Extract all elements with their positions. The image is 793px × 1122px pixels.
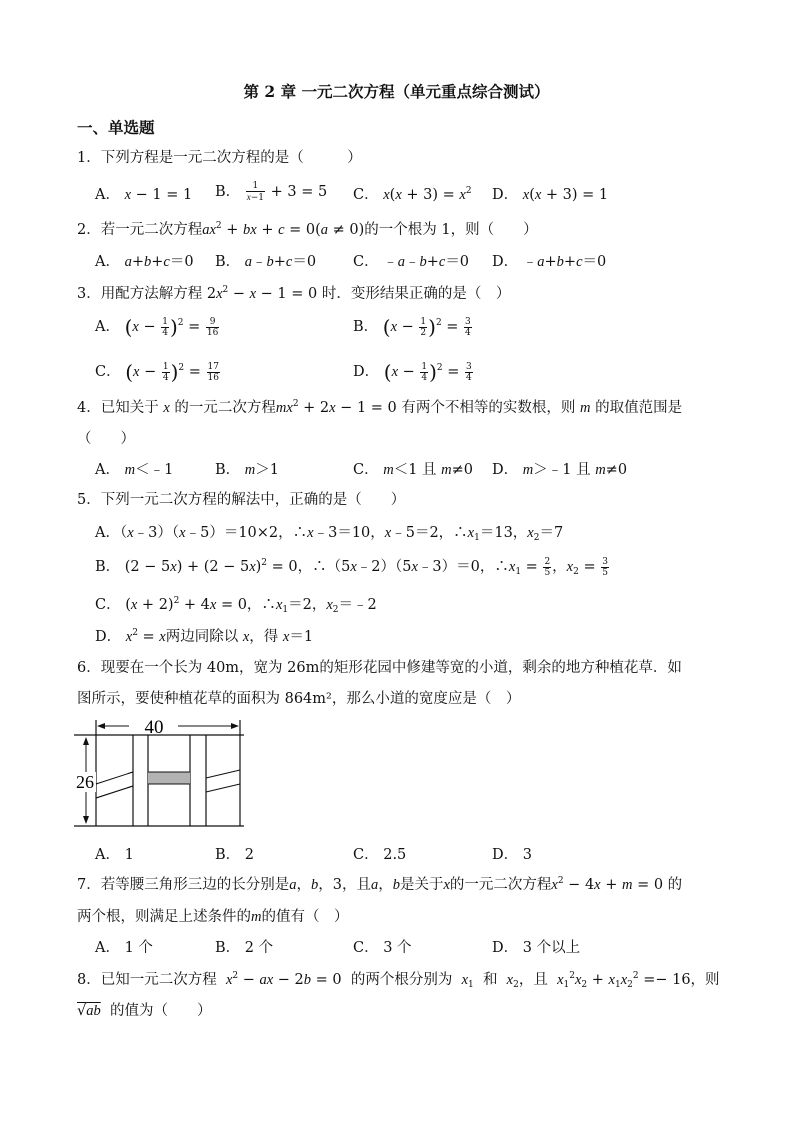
question-4-option-a[interactable]: A． m＜﹣1 — [95, 458, 173, 479]
question-7-option-c[interactable]: C． 3 个 — [353, 936, 412, 957]
question-7-option-d[interactable]: D． 3 个以上 — [492, 936, 580, 957]
question-6-stem: 6．现要在一个长为 40m，宽为 26m的矩形花园中修建等宽的小道，剩余的地方种… — [77, 656, 682, 677]
question-1-stem: 1．下列方程是一元二次方程的是（ ） — [77, 146, 362, 167]
question-3-stem: 3．用配方法解方程 2x2 − x − 1 = 0 时．变形结果正确的是（ ） — [77, 282, 510, 303]
question-6-option-c[interactable]: C． 2.5 — [353, 843, 406, 864]
question-4-option-c[interactable]: C． m＜1 且 m≠0 — [353, 458, 473, 479]
question-1-option-c[interactable]: C． x(x + 3) = x2 — [353, 183, 472, 204]
question-7-stem-line2: 两个根，则满足上述条件的m的值有（ ） — [77, 905, 348, 926]
height-label: 26 — [76, 772, 94, 792]
question-5-option-a[interactable]: A．（x﹣3）（x﹣5）＝10×2，∴x﹣3＝10，x﹣5＝2，∴x1＝13，x… — [95, 521, 563, 542]
question-3-option-c[interactable]: C． (x − 14)2 = 1716 — [95, 360, 221, 384]
question-4-option-d[interactable]: D． m＞﹣1 且 m≠0 — [492, 458, 627, 479]
question-1-option-d[interactable]: D． x(x + 3) = 1 — [492, 183, 608, 204]
question-3-option-b[interactable]: B． (x − 12)2 = 34 — [353, 315, 473, 339]
question-2-option-b[interactable]: B． a﹣b+c＝0 — [215, 250, 316, 271]
section-heading: 一、单选题 — [77, 116, 155, 138]
question-5-option-d[interactable]: D． x2 = x两边同除以 x，得 x＝1 — [95, 625, 313, 646]
question-2-stem: 2．若一元二次方程ax2 + bx + c = 0(a ≠ 0)的一个根为 1，… — [77, 218, 538, 239]
question-4-stem-line2: （ ） — [77, 427, 135, 448]
question-3-option-a[interactable]: A． (x − 14)2 = 916 — [95, 315, 220, 339]
question-2-option-d[interactable]: D． ﹣a+b+c＝0 — [492, 250, 606, 271]
question-4-option-b[interactable]: B． m＞1 — [215, 458, 279, 479]
question-4-stem: 4．已知关于 x 的一元二次方程mx2 + 2x − 1 = 0 有两个不相等的… — [77, 396, 682, 417]
question-1-option-a[interactable]: A． x − 1 = 1 — [95, 183, 192, 204]
question-8-stem-line2: √ab 的值为（ ） — [77, 999, 211, 1020]
question-8-stem: 8．已知一元二次方程 x2 − ax − 2b = 0 的两个根分别为 x1 和… — [77, 968, 720, 989]
question-2-option-c[interactable]: C． ﹣a﹣b+c＝0 — [353, 250, 469, 271]
question-6-option-d[interactable]: D． 3 — [492, 843, 532, 864]
question-6-option-a[interactable]: A． 1 — [95, 843, 134, 864]
garden-path-figure: 40 26 — [74, 718, 244, 830]
question-2-option-a[interactable]: A． a+b+c＝0 — [95, 250, 194, 271]
question-7-stem: 7．若等腰三角形三边的长分别是a，b，3，且a，b是关于x的一元二次方程x2 −… — [77, 873, 682, 894]
page-title: 第 2 章 一元二次方程（单元重点综合测试） — [0, 80, 793, 102]
question-7-option-a[interactable]: A． 1 个 — [95, 936, 153, 957]
width-label: 40 — [145, 718, 164, 738]
question-6-stem-line2: 图所示，要使种植花草的面积为 864m²，那么小道的宽度应是（ ） — [77, 687, 520, 708]
question-5-stem: 5．下列一元二次方程的解法中，正确的是（ ） — [77, 488, 405, 509]
question-6-option-b[interactable]: B． 2 — [215, 843, 254, 864]
question-7-option-b[interactable]: B． 2 个 — [215, 936, 273, 957]
question-5-option-c[interactable]: C． (x + 2)2 + 4x = 0，∴x1＝2，x2＝﹣2 — [95, 593, 377, 614]
question-3-option-d[interactable]: D． (x − 14)2 = 34 — [353, 360, 474, 384]
question-5-option-b[interactable]: B． (2 − 5x) + (2 − 5x)2 = 0，∴（5x﹣2）（5x﹣3… — [95, 555, 610, 578]
question-1-option-b[interactable]: B． 1x−1 + 3 = 5 — [215, 180, 327, 203]
